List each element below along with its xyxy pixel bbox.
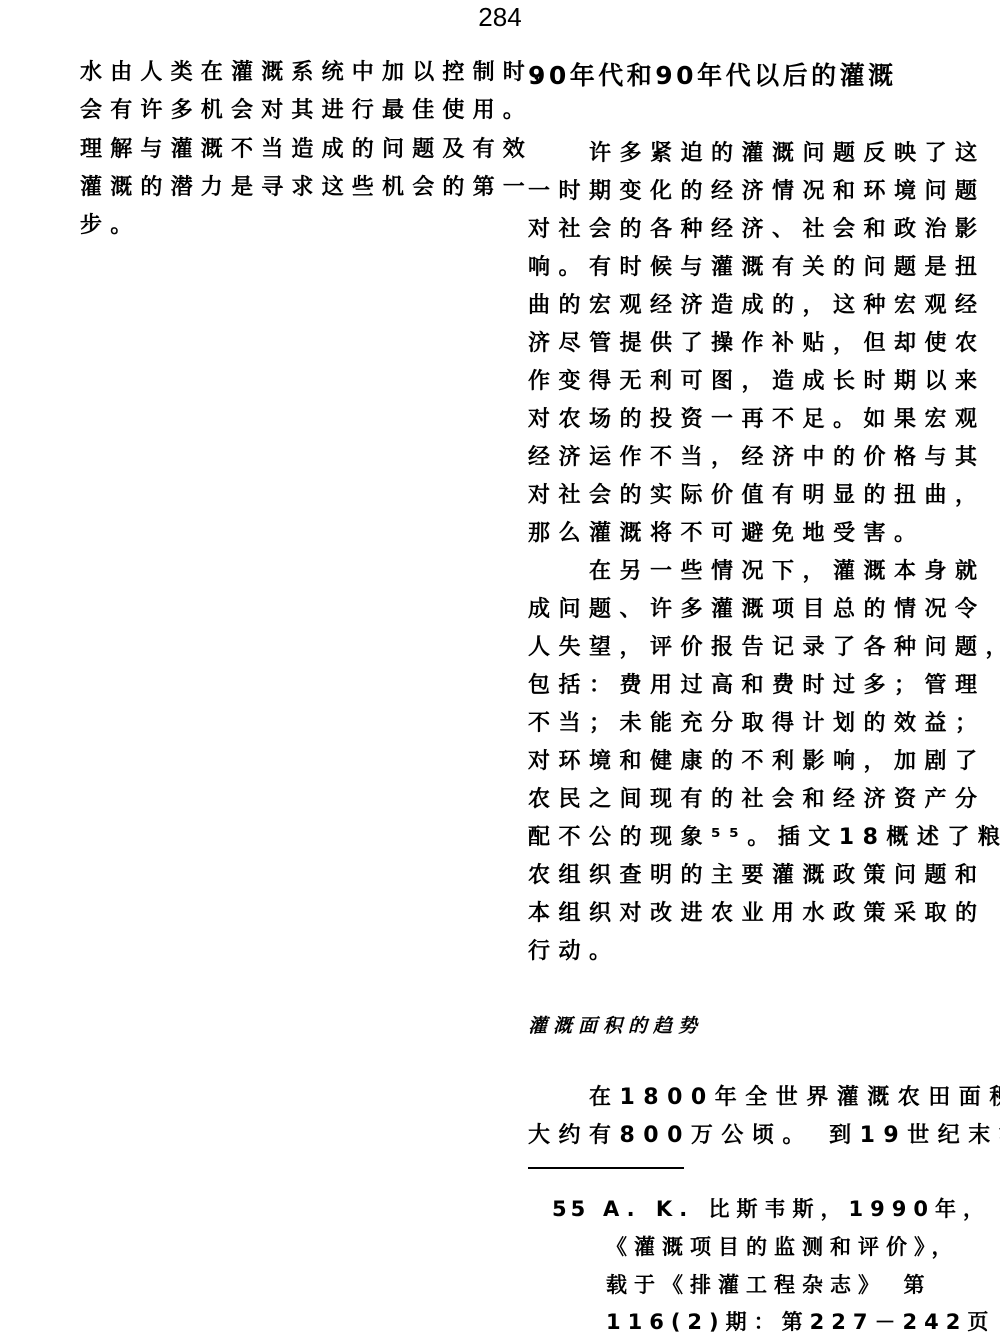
text-line: 对社会的各种经济、社会和政治影 xyxy=(528,215,986,245)
text-line: 作变得无利可图，造成长时期以来 xyxy=(528,367,986,397)
text-line: 人失望，评价报告记录了各种问题， xyxy=(528,633,1000,663)
footnote-divider xyxy=(528,1167,684,1169)
text-line: 曲的宏观经济造成的，这种宏观经 xyxy=(528,291,986,321)
text-line: 大约有800万公顷。 到19世纪末灌 xyxy=(528,1121,1000,1151)
text-line: 农民之间现有的社会和经济资产分 xyxy=(528,785,986,815)
footnote-line: 《灌溉项目的监测和评价》， xyxy=(606,1232,960,1262)
text-line: 一时期变化的经济情况和环境问题 xyxy=(528,177,986,207)
footnote-line: 载于《排灌工程杂志》 第 xyxy=(606,1270,932,1300)
text-line: 那么灌溉将不可避免地受害。 xyxy=(528,519,925,549)
text-line: 会有许多机会对其进行最佳使用。 xyxy=(80,96,533,126)
page-number: 284 xyxy=(0,2,1000,32)
text-line: 包括：费用过高和费时过多；管理 xyxy=(528,671,986,701)
text-line: 灌溉的潜力是寻求这些机会的第一 xyxy=(80,173,533,203)
text-line: 响。有时候与灌溉有关的问题是扭 xyxy=(528,253,986,283)
footnote-line: 116(2)期：第227－242页 xyxy=(606,1307,995,1337)
footnote-marker: 55 xyxy=(552,1194,589,1224)
text-line: 配不公的现象⁵⁵。插文18概述了粮 xyxy=(528,823,1000,853)
text-line: 理解与灌溉不当造成的问题及有效 xyxy=(80,135,533,165)
text-line: 对环境和健康的不利影响，加剧了 xyxy=(528,747,986,777)
text-line: 经济运作不当，经济中的价格与其 xyxy=(528,443,986,473)
text-line: 不当；未能充分取得计划的效益； xyxy=(528,709,986,739)
text-line: 对社会的实际价值有明显的扭曲， xyxy=(528,481,986,511)
text-line: 在另一些情况下，灌溉本身就 xyxy=(528,557,986,587)
text-line: 对农场的投资一再不足。如果宏观 xyxy=(528,405,986,435)
text-line: 在1800年全世界灌溉农田面积 xyxy=(528,1083,1000,1113)
subheading: 灌溉面积的趋势 xyxy=(528,1012,703,1040)
text-line: 水由人类在灌溉系统中加以控制时， xyxy=(80,58,563,88)
text-line: 本组织对改进农业用水政策采取的 xyxy=(528,899,986,929)
footnote-line: A. K. 比斯韦斯，1990年， xyxy=(603,1194,991,1224)
text-line: 步。 xyxy=(80,211,140,241)
section-heading: 90年代和90年代以后的灌溉 xyxy=(528,60,897,92)
text-line: 农组织查明的主要灌溉政策问题和 xyxy=(528,861,986,891)
text-line: 济尽管提供了操作补贴，但却使农 xyxy=(528,329,986,359)
text-line: 成问题、许多灌溉项目总的情况令 xyxy=(528,595,986,625)
text-line: 行动。 xyxy=(528,937,620,967)
text-line: 许多紧迫的灌溉问题反映了这 xyxy=(528,139,986,169)
